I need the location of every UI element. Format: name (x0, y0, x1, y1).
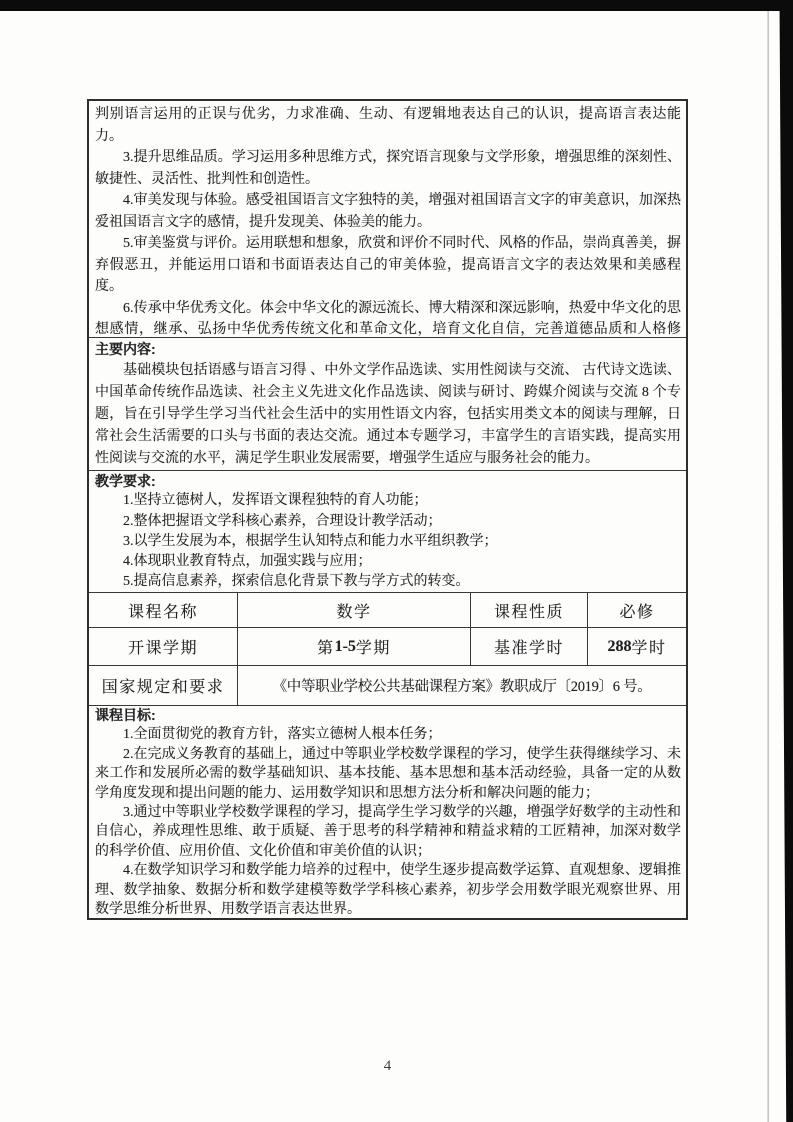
objective-item: 3.通过中等职业学校数学课程的学习，提高学生学习数学的兴趣，增强学好数学的主动性… (95, 803, 681, 861)
national-regulation-value: 《中等职业学校公共基础课程方案》教职成厅〔2019〕6 号。 (237, 666, 686, 705)
page-number: 4 (87, 1058, 688, 1075)
semester-prefix: 第 (317, 635, 335, 658)
course-info-row-2: 开课学期 第 1-5 学期 基准学时 288 学时 (89, 627, 686, 665)
semester-suffix: 学期 (356, 635, 391, 658)
paragraph: 4.审美发现与体验。感受祖国语言文字独特的美，增强对祖国语言文字的审美意识，加深… (95, 190, 681, 233)
hours-suffix: 学时 (631, 635, 666, 658)
base-hours-value: 288 学时 (587, 628, 686, 665)
objective-item: 1.全面贯彻党的教育方针，落实立德树人根本任务； (95, 725, 681, 744)
base-hours-label: 基准学时 (470, 628, 587, 665)
paragraph: 5.审美鉴赏与评价。运用联想和想象，欣赏和评价不同时代、风格的作品，崇尚真善美，… (95, 233, 681, 298)
course-info-row-1: 课程名称 数学 课程性质 必修 (89, 592, 686, 627)
course-info-row-3: 国家规定和要求 《中等职业学校公共基础课程方案》教职成厅〔2019〕6 号。 (89, 665, 686, 705)
paragraph: 基础模块包括语感与语言习得 、中外文学作品选读、实用性阅读与交流、 古代诗文选读… (95, 360, 681, 470)
section-heading: 主要内容: (95, 338, 681, 360)
page-edge-shadow (767, 11, 769, 1122)
section-heading: 教学要求: (95, 471, 681, 491)
scanned-document-page: 判别语言运用的正误与优劣，力求准确、生动、有逻辑地表达自己的认识，提高语言表达能… (0, 0, 793, 1122)
semester-label: 开课学期 (89, 628, 237, 665)
hours-number: 288 (607, 638, 631, 656)
list-item: 5.提高信息素养，探索信息化背景下教与学方式的转变。 (95, 572, 681, 592)
objective-item: 4.在数学知识学习和数学能力培养的过程中，使学生逐步提高数学运算、直观想象、逻辑… (95, 861, 681, 918)
semester-value: 第 1-5 学期 (237, 628, 470, 665)
list-item: 2.整体把握语文学科核心素养，合理设计教学活动； (95, 512, 681, 532)
paragraph: 3.提升思维品质。学习运用多种思维方式，探究语言现象与文学形象，增强思维的深刻性… (95, 147, 681, 190)
section-core-literacy-continuation: 判别语言运用的正误与优劣，力求准确、生动、有逻辑地表达自己的认识，提高语言表达能… (89, 101, 686, 337)
paragraph: 判别语言运用的正误与优劣，力求准确、生动、有逻辑地表达自己的认识，提高语言表达能… (95, 104, 681, 147)
scan-edge-top (0, 0, 793, 11)
section-teaching-requirements: 教学要求: 1.坚持立德树人，发挥语文课程独特的育人功能； 2.整体把握语文学科… (89, 470, 686, 592)
section-course-objectives: 课程目标: 1.全面贯彻党的教育方针，落实立德树人根本任务； 2.在完成义务教育… (89, 705, 686, 918)
list-item: 3.以学生发展为本，根据学生认知特点和能力水平组织教学； (95, 532, 681, 552)
objective-item: 2.在完成义务教育的基础上，通过中等职业学校数学课程的学习，使学生获得继续学习、… (95, 745, 681, 803)
course-nature-label: 课程性质 (470, 593, 587, 627)
course-nature-value: 必修 (587, 593, 686, 627)
course-name-label: 课程名称 (89, 593, 237, 627)
semester-number: 1-5 (335, 638, 356, 656)
list-item: 1.坚持立德树人，发挥语文课程独特的育人功能； (95, 491, 681, 511)
list-item: 4.体现职业教育特点，加强实践与应用； (95, 552, 681, 572)
section-heading: 课程目标: (95, 706, 681, 725)
course-standard-table: 判别语言运用的正误与优劣，力求准确、生动、有逻辑地表达自己的认识，提高语言表达能… (87, 99, 688, 920)
scan-edge-right (778, 0, 793, 1122)
national-regulation-label: 国家规定和要求 (89, 666, 237, 705)
course-name-value: 数学 (237, 593, 470, 627)
section-main-content: 主要内容: 基础模块包括语感与语言习得 、中外文学作品选读、实用性阅读与交流、 … (89, 337, 686, 470)
paragraph: 6.传承中华优秀文化。体会中华文化的源远流长、博大精深和深远影响，热爱中华文化的… (95, 298, 681, 338)
